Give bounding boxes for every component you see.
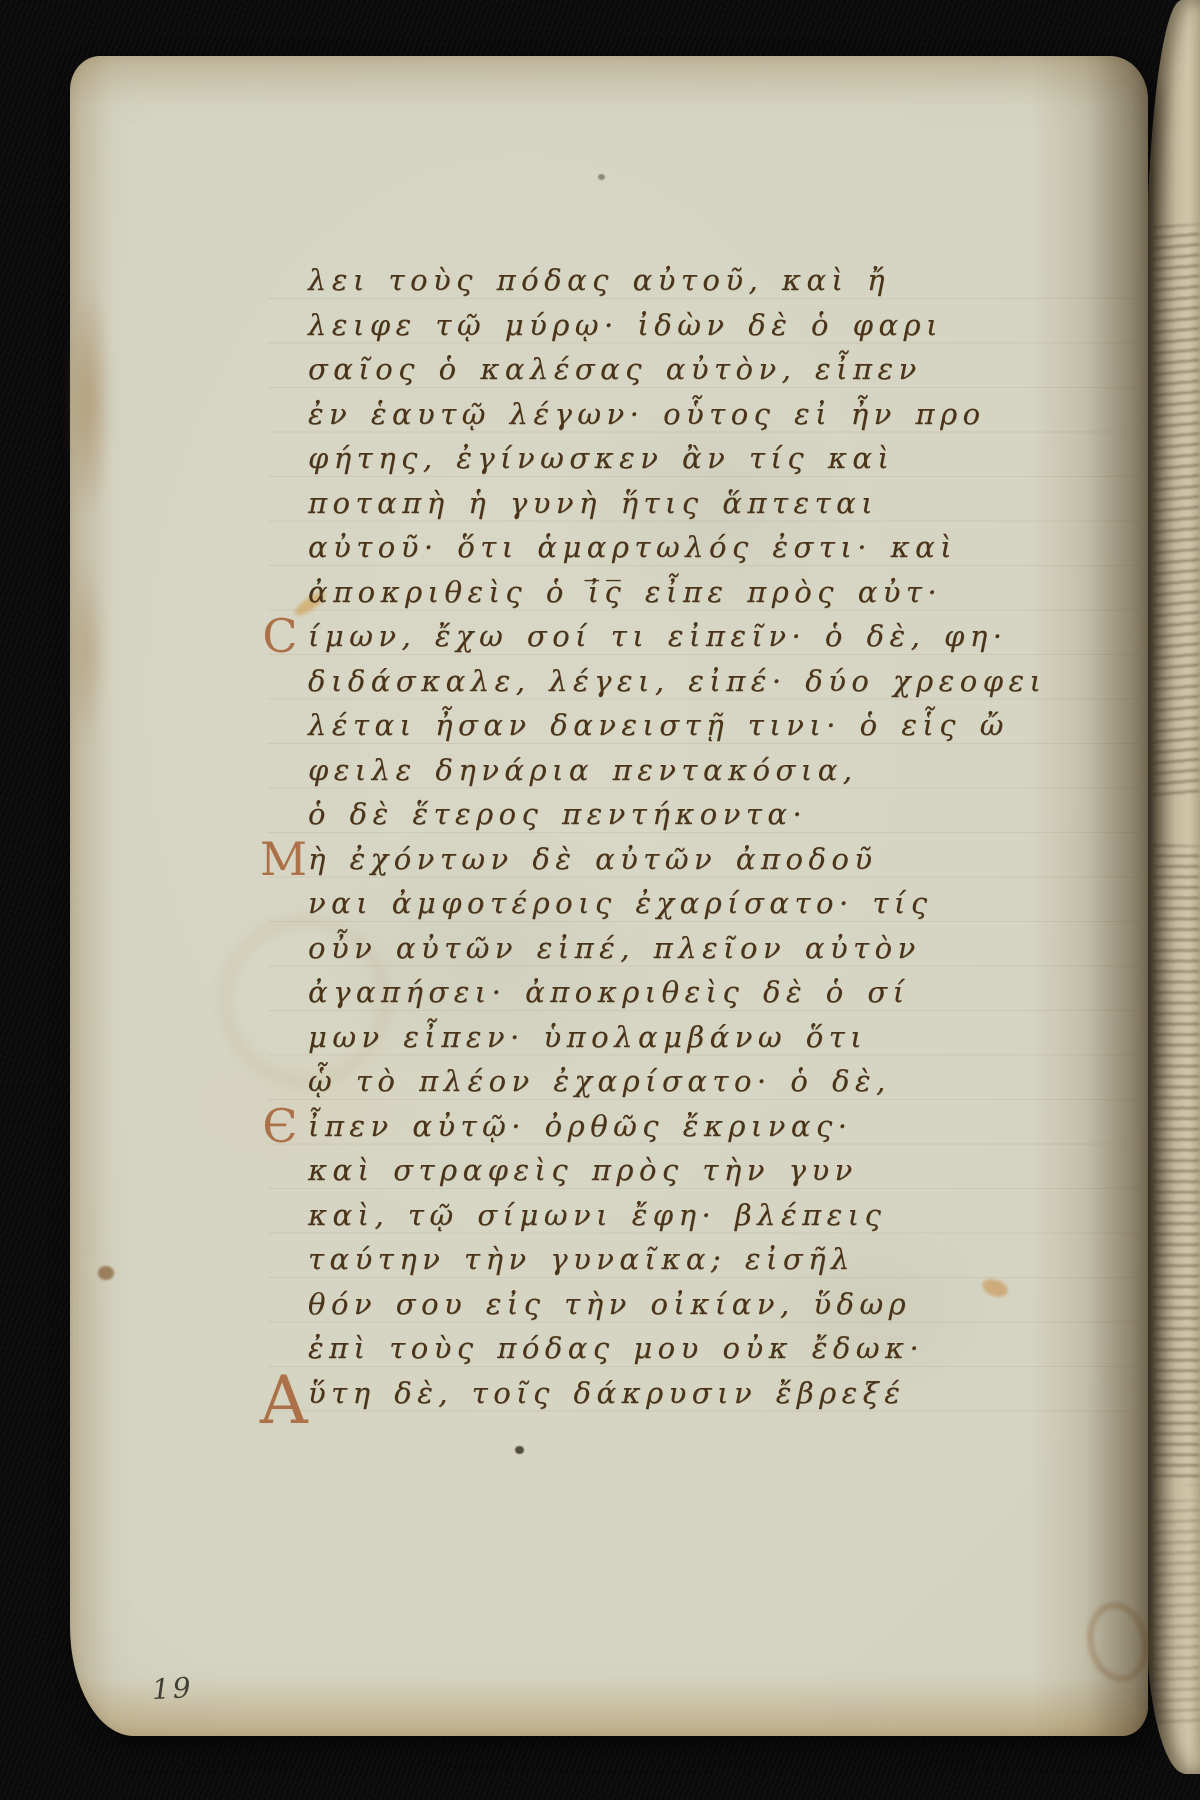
text-line: λέται ἦσαν δανειστῇ τινι· ὁ εἷς ὤ <box>308 703 1108 748</box>
text-line: φήτης, ἐγίνωσκεν ἂν τίς καὶ <box>308 436 1108 481</box>
text-line: ὁ δὲ ἕτερος πεντήκοντα· <box>308 792 1108 837</box>
line-text: ὕτη δὲ, τοῖς δάκρυσιν ἔβρεξέ <box>308 1376 905 1410</box>
line-text: ίμων, ἔχω σοί τι εἰπεῖν· ὁ δὲ, φη· <box>308 619 1007 653</box>
line-text: οὖν αὐτῶν εἰπέ, πλεῖον αὐτὸν <box>308 931 921 965</box>
line-text: ἶπεν αὐτῷ· ὀρθῶς ἔκρινας· <box>308 1109 852 1143</box>
folio-number: 19 <box>151 1671 194 1706</box>
text-line: λει τοὺς πόδας αὐτοῦ, καὶ ἤ <box>308 258 1108 303</box>
line-text: ὴ ἐχόντων δὲ αὐτῶν ἀποδοῦ <box>308 842 878 876</box>
line-text: λειφε τῷ μύρῳ· ἰδὼν δὲ ὁ φαρι <box>308 308 943 342</box>
fore-edge-ghost-text <box>1153 224 1199 801</box>
line-text: ταύτην τὴν γυναῖκα; εἰσῆλ <box>308 1242 855 1276</box>
stain <box>1080 1597 1155 1688</box>
fore-edge-ghost-text <box>1153 844 1199 1486</box>
text-line: Μὴ ἐχόντων δὲ αὐτῶν ἀποδοῦ <box>308 837 1108 882</box>
stain <box>66 556 106 746</box>
text-line: Ϲίμων, ἔχω σοί τι εἰπεῖν· ὁ δὲ, φη· <box>308 614 1108 659</box>
text-line: σαῖος ὁ καλέσας αὐτὸν, εἶπεν <box>308 347 1108 392</box>
rubric-initial: Α <box>260 1379 300 1424</box>
text-line: διδάσκαλε, λέγει, εἰπέ· δύο χρεοφει <box>308 659 1108 704</box>
line-text: λέται ἦσαν δανειστῇ τινι· ὁ εἷς ὤ <box>308 708 1009 742</box>
line-text: ἀγαπήσει· ἀποκριθεὶς δὲ ὁ σί <box>308 975 910 1009</box>
text-line: ἐπὶ τοὺς πόδας μου οὐκ ἔδωκ· <box>308 1326 1108 1371</box>
text-line: ᾧ τὸ πλέον ἐχαρίσατο· ὁ δὲ, <box>308 1059 1108 1104</box>
line-text: σαῖος ὁ καλέσας αὐτὸν, εἶπεν <box>308 352 922 386</box>
greek-text-block: λει τοὺς πόδας αὐτοῦ, καὶ ἤλειφε τῷ μύρῳ… <box>308 258 1108 1415</box>
text-line: φειλε δηνάρια πεντακόσια, <box>308 748 1108 793</box>
text-line: λειφε τῷ μύρῳ· ἰδὼν δὲ ὁ φαρι <box>308 303 1108 348</box>
rubric-initial: Μ <box>260 837 300 882</box>
stain <box>598 174 605 180</box>
text-line: αὐτοῦ· ὅτι ἁμαρτωλός ἐστι· καὶ <box>308 525 1108 570</box>
line-text: φήτης, ἐγίνωσκεν ἂν τίς καὶ <box>308 441 894 475</box>
line-text: καὶ στραφεὶς πρὸς τὴν γυν <box>308 1153 858 1187</box>
line-text: θόν σου εἰς τὴν οἰκίαν, ὕδωρ <box>308 1287 911 1321</box>
text-line: Єἶπεν αὐτῷ· ὀρθῶς ἔκρινας· <box>308 1104 1108 1149</box>
fore-edge-ghost-text <box>1153 1500 1199 1730</box>
stain <box>64 286 112 516</box>
manuscript-photograph: λει τοὺς πόδας αὐτοῦ, καὶ ἤλειφε τῷ μύρῳ… <box>0 0 1200 1800</box>
line-text: ποταπὴ ἡ γυνὴ ἥτις ἅπτεται <box>308 486 878 520</box>
text-line: ἀγαπήσει· ἀποκριθεὶς δὲ ὁ σί <box>308 970 1108 1015</box>
line-text: ναι ἀμφοτέροις ἐχαρίσατο· τίς <box>308 886 933 920</box>
line-text: ἀποκριθεὶς ὁ ἰ̅ς̅ εἶπε πρὸς αὐτ· <box>308 575 942 609</box>
rubric-initial: Ϲ <box>260 614 300 659</box>
text-line: οὖν αὐτῶν εἰπέ, πλεῖον αὐτὸν <box>308 926 1108 971</box>
line-text: καὶ, τῷ σίμωνι ἔφη· βλέπεις <box>308 1198 886 1232</box>
text-line: ἀποκριθεὶς ὁ ἰ̅ς̅ εἶπε πρὸς αὐτ· <box>308 570 1108 615</box>
text-line: καὶ, τῷ σίμωνι ἔφη· βλέπεις <box>308 1193 1108 1238</box>
text-line: ταύτην τὴν γυναῖκα; εἰσῆλ <box>308 1237 1108 1282</box>
line-text: λει τοὺς πόδας αὐτοῦ, καὶ ἤ <box>308 263 890 297</box>
line-text: ὁ δὲ ἕτερος πεντήκοντα· <box>308 797 807 831</box>
line-text: μων εἶπεν· ὑπολαμβάνω ὅτι <box>308 1020 867 1054</box>
rubric-initial: Є <box>260 1104 300 1149</box>
line-text: ἐν ἑαυτῷ λέγων· οὗτος εἰ ἦν προ <box>308 397 986 431</box>
line-text: διδάσκαλε, λέγει, εἰπέ· δύο χρεοφει <box>308 664 1046 698</box>
text-line: ναι ἀμφοτέροις ἐχαρίσατο· τίς <box>308 881 1108 926</box>
text-line: ποταπὴ ἡ γυνὴ ἥτις ἅπτεται <box>308 481 1108 526</box>
text-line: μων εἶπεν· ὑπολαμβάνω ὅτι <box>308 1015 1108 1060</box>
text-line: θόν σου εἰς τὴν οἰκίαν, ὕδωρ <box>308 1282 1108 1327</box>
text-line: ἐν ἑαυτῷ λέγων· οὗτος εἰ ἦν προ <box>308 392 1108 437</box>
manuscript-page: λει τοὺς πόδας αὐτοῦ, καὶ ἤλειφε τῷ μύρῳ… <box>70 56 1148 1736</box>
stain <box>98 1266 114 1280</box>
line-text: ἐπὶ τοὺς πόδας μου οὐκ ἔδωκ· <box>308 1331 924 1365</box>
text-line: Αὕτη δὲ, τοῖς δάκρυσιν ἔβρεξέ <box>308 1371 1108 1416</box>
adjacent-page-fore-edge <box>1146 0 1200 1774</box>
line-text: ᾧ τὸ πλέον ἐχαρίσατο· ὁ δὲ, <box>308 1064 891 1098</box>
line-text: φειλε δηνάρια πεντακόσια, <box>308 753 858 787</box>
stain <box>515 1446 524 1454</box>
line-text: αὐτοῦ· ὅτι ἁμαρτωλός ἐστι· καὶ <box>308 530 957 564</box>
text-line: καὶ στραφεὶς πρὸς τὴν γυν <box>308 1148 1108 1193</box>
